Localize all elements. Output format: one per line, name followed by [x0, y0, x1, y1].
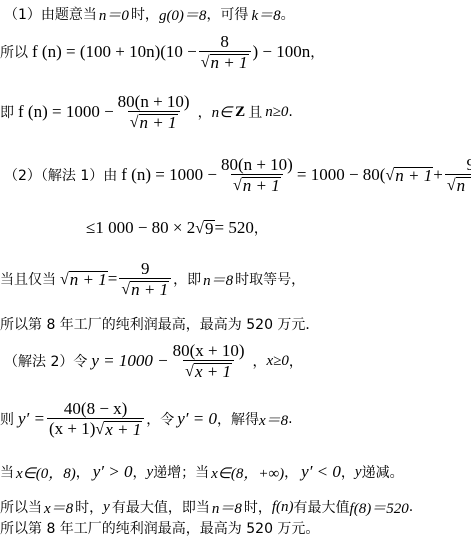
inequality: ≤1 000 − 80 × 2 [86, 218, 195, 238]
text: ，即 [173, 269, 201, 289]
text: 即 [0, 102, 14, 122]
part2-method1-line1: （2）（解法 1）由 f (n) = 1000 − 80(n + 10) √n … [4, 155, 471, 195]
fraction-denominator: √n + 1 [445, 174, 471, 194]
derivative-lhs: y′ = [18, 409, 45, 429]
x-ge-0: x≥0 [267, 353, 289, 370]
text: 递增；当 [153, 462, 209, 482]
text: ， [132, 462, 146, 482]
part2-method1-conclusion: 所以第 8 年工厂的纯利润最高，最高为 520 万元． [0, 314, 319, 334]
fraction-denominator: √x + 1 [183, 360, 234, 380]
formula-fn-lhs: f (n) = 1000 − [121, 165, 217, 185]
integer-set-Z: Z [235, 104, 245, 121]
text: 且 [248, 102, 262, 122]
text: ，令 [146, 409, 174, 429]
text: ， [198, 102, 212, 122]
sqrt-term: √n + 1 [385, 167, 433, 184]
sqrt-term: √n + 1 [60, 271, 108, 288]
text: 有最大值 [294, 497, 350, 517]
part2-method2-line3: 当 x∈(0，8) ， y′ > 0 ， y 递增；当 x∈(8，+∞) ， y… [0, 461, 404, 483]
sqrt-icon: √ [60, 272, 69, 288]
fraction-denominator: √n + 1 [119, 278, 171, 298]
part1-line1: （1）由题意当 n＝0 时， g(0)＝8 ，可得 k＝8 。 [4, 4, 295, 24]
text: 当 [0, 462, 14, 482]
text: 则 [0, 409, 14, 429]
g0-value: g(0)＝8 [159, 4, 207, 25]
fraction-denominator: √n + 1 [128, 111, 180, 131]
formula-fn-lhs: f (n) = 1000 − [18, 102, 114, 122]
text: ， [76, 462, 90, 482]
text: ， [289, 351, 303, 371]
interval-2: x∈(8，+∞) [211, 462, 284, 483]
sqrt-term: √9 [195, 220, 214, 237]
fraction: 9 √n + 1 [119, 260, 171, 298]
part2-method2-line2: 则 y′ = 40(8 − x) (x + 1)√x + 1 ，令 y′ = 0… [0, 398, 293, 440]
text: 。 [281, 4, 295, 24]
method2-label: （解法 2）令 [4, 351, 87, 371]
sqrt-icon: √ [121, 282, 130, 298]
fraction-numerator: 80(n + 10) [116, 93, 192, 111]
text: 时， [75, 497, 103, 517]
max-value: f(8)＝520 [350, 497, 409, 518]
fraction-denominator: √n + 1 [231, 174, 283, 194]
text: ， [284, 462, 298, 482]
text: . [288, 411, 292, 427]
derivative-positive: y′ > 0 [93, 462, 133, 482]
text: 时取等号， [235, 269, 305, 289]
part1-label: （1）由题意当 [4, 4, 97, 24]
text: . [409, 499, 413, 515]
fraction-numerator: 40(8 − x) [62, 400, 129, 418]
part2-label: （2）（解法 1）由 [4, 165, 117, 185]
part1-line2: 所以 f (n) = (100 + 10n)(10 − 8 √n + 1 ) −… [0, 32, 324, 72]
n-eq-8: n＝8 [212, 497, 242, 518]
formula-y-lhs: y = 1000 − [91, 351, 168, 371]
fraction-numerator: 8 [218, 33, 231, 51]
fraction: 80(n + 10) √n + 1 [116, 93, 192, 131]
part1-line3: 即 f (n) = 1000 − 80(n + 10) √n + 1 ， n∈ … [0, 92, 293, 132]
fraction: 80(x + 10) √x + 1 [171, 342, 247, 380]
derivative-negative: y′ < 0 [301, 462, 341, 482]
text: ，可得 [206, 4, 248, 24]
n-in: n∈ [212, 103, 233, 122]
text: 所以当 [0, 497, 42, 517]
fraction: 40(8 − x) (x + 1)√x + 1 [47, 400, 144, 438]
text: 所以 [0, 42, 28, 62]
x-eq-8: x＝8 [259, 409, 288, 430]
sqrt-icon: √ [195, 221, 204, 237]
formula-rhs: ) − 100n [253, 42, 311, 62]
text: 当且仅当 [0, 269, 56, 289]
x-eq-8: x＝8 [44, 497, 73, 518]
formula-eq: = 1000 − 80( [297, 165, 386, 185]
fraction: 80(n + 10) √n + 1 [219, 156, 295, 194]
text: 有最大值，即当 [112, 497, 210, 517]
n-eq-8: n＝8 [203, 269, 233, 290]
text: ，解得 [217, 409, 259, 429]
fraction-numerator: 80(n + 10) [219, 156, 295, 174]
part2-method2-conclusion: 所以第 8 年工厂的纯利润最高，最高为 520 万元。 [0, 518, 319, 538]
result: = 520 [215, 218, 254, 238]
fn: f(n) [272, 499, 294, 516]
fraction-numerator: 9 [139, 260, 152, 278]
text: ， [253, 351, 267, 371]
fraction-numerator: 80(x + 10) [171, 342, 247, 360]
sqrt-icon: √ [233, 178, 242, 194]
sqrt-icon: √ [185, 364, 194, 380]
k-value: k＝8 [251, 4, 280, 25]
fraction: 8 √n + 1 [199, 33, 251, 71]
part2-method2-line4: 所以当 x＝8 时， y 有最大值，即当 n＝8 时， f(n) 有最大值 f(… [0, 497, 413, 517]
sqrt-icon: √ [447, 178, 456, 194]
plus: + [433, 165, 443, 185]
sqrt-icon: √ [201, 55, 210, 71]
n-ge-0: n≥0 [265, 104, 288, 121]
text: 时， [244, 497, 272, 517]
text: ， [254, 218, 268, 238]
fraction-denominator: (x + 1)√x + 1 [47, 418, 144, 438]
text: ， [341, 462, 355, 482]
text: 递减。 [362, 462, 404, 482]
text: ， [310, 42, 324, 62]
formula-fn-lhs: f (n) = (100 + 10n)(10 − [32, 42, 197, 62]
text: . [288, 104, 292, 120]
sqrt-icon: √ [130, 115, 139, 131]
part2-method1-line2: ≤1 000 − 80 × 2 √9 = 520 ， [86, 216, 268, 240]
derivative-eq-0: y′ = 0 [177, 409, 217, 429]
part2-method2-line1: （解法 2）令 y = 1000 − 80(x + 10) √x + 1 ， x… [4, 340, 303, 382]
interval-1: x∈(0，8) [16, 462, 76, 483]
var-y: y [146, 464, 153, 481]
fraction: 9 √n + 1 [445, 156, 471, 194]
n-eq-0: n＝0 [99, 4, 129, 25]
var-y: y [103, 499, 110, 516]
text: 时， [131, 4, 159, 24]
var-y: y [355, 464, 362, 481]
sqrt-icon: √ [95, 422, 104, 438]
fraction-denominator: √n + 1 [199, 51, 251, 71]
fraction-numerator: 9 [464, 156, 471, 174]
eq: = [108, 269, 118, 289]
part2-method1-line3: 当且仅当 √n + 1 = 9 √n + 1 ，即 n＝8 时取等号， [0, 258, 305, 300]
sqrt-icon: √ [385, 168, 394, 184]
